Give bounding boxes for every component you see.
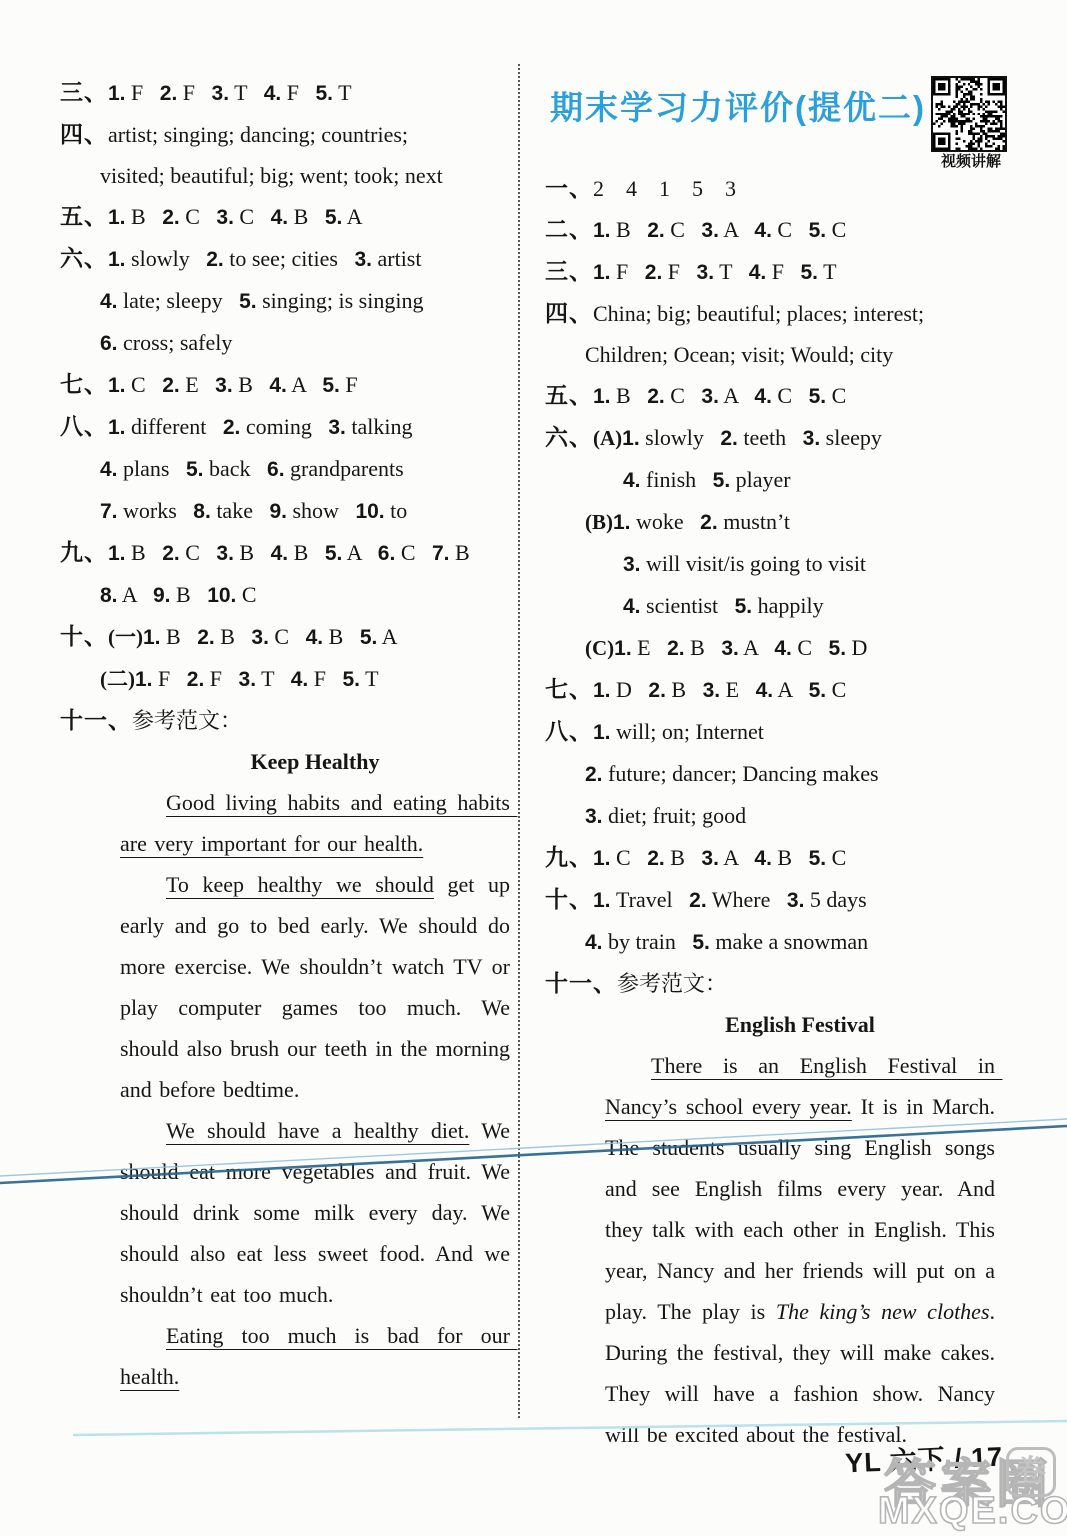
- answer-line: 九、1. C 2. B 3. A 4. B 5. C: [545, 837, 1011, 879]
- text-segment: F: [126, 80, 160, 105]
- text-segment: 3.: [216, 542, 234, 565]
- text-segment: 4.: [754, 385, 772, 408]
- text-segment: player: [730, 467, 790, 492]
- text-segment: 5.: [239, 290, 257, 313]
- answer-line: 6. cross; safely: [60, 322, 512, 364]
- text-segment: 3.: [239, 668, 257, 691]
- text-segment: (一): [108, 625, 143, 649]
- answer-line: Children; Ocean; visit; Would; city: [545, 334, 1011, 375]
- column-divider: [518, 64, 520, 1418]
- text-segment: B: [288, 204, 325, 229]
- answer-line: 六、1. slowly 2. to see; cities 3. artist: [60, 238, 512, 280]
- text-segment: 2.: [187, 668, 205, 691]
- right-answer-column: 一、2 4 1 5 3二、1. B 2. C 3. A 4. C 5. C三、1…: [545, 168, 1011, 1455]
- text-segment: coming: [240, 414, 328, 439]
- text-segment: 1.: [108, 248, 126, 271]
- text-segment: 十、: [545, 886, 593, 912]
- text-segment: B: [288, 540, 325, 565]
- text-segment: D: [846, 635, 867, 660]
- text-segment: late; sleepy: [118, 288, 240, 313]
- text-segment: 3.: [354, 248, 372, 271]
- text-segment: 4.: [271, 206, 289, 229]
- text-segment: 参考范文：: [132, 708, 242, 733]
- text-segment: 2.: [647, 219, 665, 242]
- text-segment: 五、: [545, 382, 593, 408]
- answer-line: 十、1. Travel 2. Where 3. 5 days: [545, 879, 1011, 921]
- text-segment: 三、: [545, 258, 593, 284]
- text-segment: 3.: [703, 679, 721, 702]
- text-segment: 2.: [647, 847, 665, 870]
- answer-key-page: 期末学习力评价(提优二) 视频讲解 三、1. F 2. F 3. T 4. F …: [0, 0, 1067, 1536]
- text-segment: Where: [707, 887, 787, 912]
- essay-paragraph: Eating too much is bad for our health.: [120, 1315, 510, 1397]
- essay-paragraph: To keep healthy we should get up early a…: [120, 864, 510, 1110]
- text-segment: 5.: [809, 679, 827, 702]
- text-segment: 3.: [585, 805, 603, 828]
- text-segment: 1.: [593, 219, 611, 242]
- text-segment: take: [211, 498, 270, 523]
- text-segment: 5.: [829, 637, 847, 660]
- text-segment: 4.: [271, 542, 289, 565]
- qr-code-icon: [931, 76, 1007, 152]
- text-segment: It is in March. The students usually sin…: [605, 1094, 1003, 1324]
- text-segment: 一、: [545, 175, 593, 201]
- text-segment: F: [177, 80, 211, 105]
- text-segment: A: [342, 540, 377, 565]
- text-segment: 5.: [325, 542, 343, 565]
- text-segment: 2.: [160, 82, 178, 105]
- text-segment: (C): [585, 636, 614, 660]
- text-segment: 5.: [186, 458, 204, 481]
- text-segment: B: [234, 540, 271, 565]
- text-segment: 4.: [269, 374, 287, 397]
- text-segment: C: [180, 540, 217, 565]
- text-segment: 3.: [787, 889, 805, 912]
- text-segment: 2.: [667, 637, 685, 660]
- text-segment: 4.: [623, 595, 641, 618]
- text-segment: future; dancer; Dancing makes: [603, 761, 879, 786]
- text-segment: woke: [631, 509, 701, 534]
- text-segment: Children; Ocean; visit; Would; city: [585, 342, 893, 367]
- text-segment: cross; safely: [118, 330, 233, 355]
- text-segment: We should have a healthy diet.: [166, 1118, 469, 1143]
- text-segment: 5.: [735, 595, 753, 618]
- text-segment: slowly: [640, 425, 721, 450]
- answer-line: 二、1. B 2. C 3. A 4. C 5. C: [545, 209, 1011, 251]
- text-segment: China; big; beautiful; places; interest;: [593, 301, 924, 326]
- text-segment: 5.: [342, 668, 360, 691]
- text-segment: A: [719, 217, 754, 242]
- text-segment: F: [281, 80, 315, 105]
- text-segment: make a snowman: [710, 929, 868, 954]
- answer-line: 十一、参考范文：: [545, 963, 1011, 1004]
- text-segment: 1.: [108, 206, 126, 229]
- text-segment: 六、: [545, 424, 593, 450]
- text-segment: C: [772, 383, 809, 408]
- text-segment: (二): [100, 667, 135, 691]
- text-segment: 参考范文：: [617, 971, 727, 996]
- text-segment: 3.: [701, 847, 719, 870]
- section-title: 期末学习力评价(提优二): [545, 76, 931, 140]
- text-segment: diet; fruit; good: [603, 803, 747, 828]
- left-answer-column: 三、1. F 2. F 3. T 4. F 5. T四、artist; sing…: [60, 72, 512, 1397]
- text-segment: visited; beautiful; big; went; took; nex…: [100, 163, 443, 188]
- text-segment: 四、: [60, 121, 108, 147]
- text-segment: F: [308, 666, 342, 691]
- text-segment: 三、: [60, 79, 108, 105]
- text-segment: 3.: [701, 219, 719, 242]
- text-segment: A: [739, 635, 774, 660]
- text-segment: C: [126, 372, 163, 397]
- text-segment: 1.: [593, 889, 611, 912]
- text-segment: A: [287, 372, 322, 397]
- text-segment: We should eat more vegetables and fruit.…: [120, 1118, 518, 1307]
- text-segment: D: [611, 677, 649, 702]
- text-segment: to: [385, 498, 408, 523]
- text-segment: A: [377, 624, 397, 649]
- answer-line: 七、1. D 2. B 3. E 4. A 5. C: [545, 669, 1011, 711]
- answer-line: 8. A 9. B 10. C: [60, 574, 512, 616]
- answer-line: 八、1. will; on; Internet: [545, 711, 1011, 753]
- text-segment: 3.: [623, 553, 641, 576]
- text-segment: F: [204, 666, 238, 691]
- answer-line: 4. finish 5. player: [545, 459, 1011, 501]
- text-segment: 六、: [60, 245, 108, 271]
- text-segment: E: [632, 635, 667, 660]
- text-segment: 2.: [223, 416, 241, 439]
- text-segment: 2.: [700, 511, 718, 534]
- text-segment: 3.: [216, 206, 234, 229]
- text-segment: 二、: [545, 216, 593, 242]
- text-segment: 2.: [162, 542, 180, 565]
- text-segment: by train: [603, 929, 693, 954]
- text-segment: 4.: [749, 261, 767, 284]
- text-segment: F: [611, 259, 645, 284]
- text-segment: 10.: [355, 500, 384, 523]
- text-segment: 7.: [100, 500, 118, 523]
- essay-title: English Festival: [605, 1004, 995, 1045]
- watermark-site: MXQE.COM: [878, 1490, 1067, 1533]
- text-segment: B: [611, 383, 648, 408]
- answer-line: 4. plans 5. back 6. grandparents: [60, 448, 512, 490]
- text-segment: talking: [346, 414, 413, 439]
- essay-paragraph: We should have a healthy diet. We should…: [120, 1110, 510, 1315]
- text-segment: happily: [752, 593, 824, 618]
- text-segment: To keep healthy we should: [166, 872, 434, 897]
- text-segment: will visit/is going to visit: [641, 551, 867, 576]
- text-segment: B: [685, 635, 722, 660]
- text-segment: T: [333, 80, 352, 105]
- text-segment: 七、: [60, 371, 108, 397]
- text-segment: grandparents: [285, 456, 404, 481]
- answer-line: 7. works 8. take 9. show 10. to: [60, 490, 512, 532]
- text-segment: (A): [593, 426, 622, 450]
- text-segment: 十一、: [545, 970, 617, 996]
- text-segment: 五、: [60, 203, 108, 229]
- text-segment: slowly: [126, 246, 207, 271]
- essay-title: Keep Healthy: [120, 741, 510, 782]
- answer-line: visited; beautiful; big; went; took; nex…: [60, 155, 512, 196]
- text-segment: 4.: [306, 626, 324, 649]
- text-segment: 5.: [322, 374, 340, 397]
- text-segment: B: [215, 624, 252, 649]
- text-segment: C: [611, 845, 648, 870]
- text-segment: 1.: [108, 542, 126, 565]
- text-segment: 5.: [809, 219, 827, 242]
- text-segment: T: [360, 666, 379, 691]
- text-segment: The king’s new clothes: [776, 1299, 990, 1324]
- text-segment: artist; singing; dancing; countries;: [108, 122, 408, 147]
- text-segment: different: [126, 414, 223, 439]
- text-segment: 2.: [648, 679, 666, 702]
- essay-paragraph: There is an English Festival in Nancy’s …: [605, 1045, 995, 1455]
- text-segment: 5.: [360, 626, 378, 649]
- text-segment: 9.: [269, 500, 287, 523]
- text-segment: Eating too much is bad for our health.: [120, 1323, 518, 1389]
- text-segment: 2.: [162, 374, 180, 397]
- text-segment: 八、: [60, 413, 108, 439]
- answer-line: 七、1. C 2. E 3. B 4. A 5. F: [60, 364, 512, 406]
- text-segment: B: [666, 677, 703, 702]
- text-segment: 2 4 1 5 3: [593, 176, 736, 201]
- text-segment: (B): [585, 510, 613, 534]
- answer-line: 十、(一)1. B 2. B 3. C 4. B 5. A: [60, 616, 512, 658]
- text-segment: C: [180, 204, 217, 229]
- text-segment: 8.: [193, 500, 211, 523]
- text-segment: 4.: [100, 290, 118, 313]
- text-segment: 4.: [623, 469, 641, 492]
- text-segment: C: [826, 383, 846, 408]
- text-segment: 十一、: [60, 707, 132, 733]
- text-segment: 6.: [378, 542, 396, 565]
- text-segment: 4.: [585, 931, 603, 954]
- text-segment: 1.: [135, 668, 153, 691]
- text-segment: 7.: [432, 542, 450, 565]
- text-segment: Travel: [611, 887, 690, 912]
- text-segment: 2.: [197, 626, 215, 649]
- text-segment: 1.: [593, 679, 611, 702]
- text-segment: 5 days: [804, 887, 866, 912]
- text-segment: T: [818, 259, 837, 284]
- text-segment: 3.: [701, 385, 719, 408]
- answer-line: 四、artist; singing; dancing; countries;: [60, 114, 512, 155]
- text-segment: C: [234, 204, 271, 229]
- text-segment: 5.: [809, 847, 827, 870]
- text-segment: finish: [641, 467, 713, 492]
- qr-block: 视频讲解: [931, 76, 1011, 172]
- text-segment: plans: [118, 456, 186, 481]
- text-segment: 1.: [613, 511, 631, 534]
- text-segment: 八、: [545, 718, 593, 744]
- text-segment: 1.: [622, 427, 640, 450]
- text-segment: C: [772, 217, 809, 242]
- answer-line: 3. diet; fruit; good: [545, 795, 1011, 837]
- text-segment: B: [611, 217, 648, 242]
- text-segment: 3.: [215, 374, 233, 397]
- answer-line: 2. future; dancer; Dancing makes: [545, 753, 1011, 795]
- text-segment: show: [287, 498, 355, 523]
- text-segment: 3.: [212, 82, 230, 105]
- text-segment: B: [171, 582, 208, 607]
- text-segment: 3.: [803, 427, 821, 450]
- text-segment: Good living habits and eating habits are…: [120, 790, 518, 856]
- text-segment: 9.: [153, 584, 171, 607]
- text-segment: 1.: [593, 261, 611, 284]
- text-segment: back: [203, 456, 267, 481]
- text-segment: 6.: [267, 458, 285, 481]
- text-segment: 1.: [108, 374, 126, 397]
- text-segment: 5.: [325, 206, 343, 229]
- text-segment: 1.: [614, 637, 632, 660]
- text-segment: C: [665, 217, 702, 242]
- text-segment: B: [126, 540, 163, 565]
- text-segment: C: [236, 582, 256, 607]
- text-segment: 2.: [162, 206, 180, 229]
- text-segment: 1.: [593, 847, 611, 870]
- text-segment: B: [126, 204, 163, 229]
- text-segment: C: [395, 540, 432, 565]
- text-segment: A: [773, 677, 808, 702]
- section-header: 期末学习力评价(提优二) 视频讲解: [545, 76, 1011, 172]
- answer-line: 4. scientist 5. happily: [545, 585, 1011, 627]
- text-segment: 1.: [108, 82, 126, 105]
- text-segment: B: [161, 624, 198, 649]
- text-segment: 5.: [315, 82, 333, 105]
- text-segment: singing; is singing: [257, 288, 424, 313]
- text-segment: 4.: [756, 679, 774, 702]
- text-segment: B: [665, 845, 702, 870]
- text-segment: 5.: [800, 261, 818, 284]
- text-segment: T: [229, 80, 264, 105]
- answer-line: 三、1. F 2. F 3. T 4. F 5. T: [545, 251, 1011, 293]
- text-segment: 四、: [545, 300, 593, 326]
- text-segment: E: [180, 372, 215, 397]
- answer-line: 4. late; sleepy 5. singing; is singing: [60, 280, 512, 322]
- text-segment: 1.: [108, 416, 126, 439]
- answer-line: 三、1. F 2. F 3. T 4. F 5. T: [60, 72, 512, 114]
- text-segment: teeth: [738, 425, 803, 450]
- text-segment: 九、: [545, 844, 593, 870]
- answer-line: (二)1. F 2. F 3. T 4. F 5. T: [60, 658, 512, 700]
- text-segment: 2.: [206, 248, 224, 271]
- answer-line: (C)1. E 2. B 3. A 4. C 5. D: [545, 627, 1011, 669]
- text-segment: C: [665, 383, 702, 408]
- text-segment: A: [719, 845, 754, 870]
- text-segment: 5.: [713, 469, 731, 492]
- answer-line: 十一、参考范文：: [60, 700, 512, 741]
- text-segment: F: [662, 259, 696, 284]
- text-segment: B: [233, 372, 270, 397]
- text-segment: works: [118, 498, 194, 523]
- answer-line: 四、China; big; beautiful; places; interes…: [545, 293, 1011, 334]
- text-segment: F: [340, 372, 358, 397]
- text-segment: T: [256, 666, 291, 691]
- text-segment: 4.: [754, 219, 772, 242]
- text-segment: 4.: [754, 847, 772, 870]
- text-segment: C: [826, 677, 846, 702]
- text-segment: sleepy: [820, 425, 882, 450]
- text-segment: C: [826, 217, 846, 242]
- answer-line: 六、(A)1. slowly 2. teeth 3. sleepy: [545, 417, 1011, 459]
- text-segment: 3.: [721, 637, 739, 660]
- answer-line: 八、1. different 2. coming 3. talking: [60, 406, 512, 448]
- text-segment: 1.: [143, 626, 161, 649]
- text-segment: C: [269, 624, 306, 649]
- text-segment: 3.: [328, 416, 346, 439]
- text-segment: 2.: [585, 763, 603, 786]
- answer-line: 九、1. B 2. C 3. B 4. B 5. A 6. C 7. B: [60, 532, 512, 574]
- text-segment: 6.: [100, 332, 118, 355]
- text-segment: 5.: [692, 931, 710, 954]
- text-segment: C: [792, 635, 829, 660]
- text-segment: B: [772, 845, 809, 870]
- text-segment: 3.: [697, 261, 715, 284]
- text-segment: to see; cities: [224, 246, 355, 271]
- text-segment: 4.: [100, 458, 118, 481]
- text-segment: E: [720, 677, 755, 702]
- text-segment: 4.: [264, 82, 282, 105]
- text-segment: artist: [372, 246, 422, 271]
- text-segment: 2.: [689, 889, 707, 912]
- text-segment: 10.: [207, 584, 236, 607]
- text-segment: 九、: [60, 539, 108, 565]
- text-segment: 1.: [593, 385, 611, 408]
- text-segment: 3.: [251, 626, 269, 649]
- text-segment: A: [118, 582, 153, 607]
- answer-line: 五、1. B 2. C 3. C 4. B 5. A: [60, 196, 512, 238]
- text-segment: will; on; Internet: [611, 719, 764, 744]
- text-segment: T: [714, 259, 749, 284]
- text-segment: scientist: [641, 593, 735, 618]
- text-segment: 七、: [545, 676, 593, 702]
- text-segment: C: [826, 845, 846, 870]
- text-segment: A: [342, 204, 362, 229]
- text-segment: get up early and go to bed early. We sho…: [120, 872, 518, 1102]
- text-segment: mustn’t: [718, 509, 790, 534]
- text-segment: 1.: [593, 721, 611, 744]
- text-segment: F: [766, 259, 800, 284]
- answer-line: 4. by train 5. make a snowman: [545, 921, 1011, 963]
- text-segment: 8.: [100, 584, 118, 607]
- text-segment: 2.: [645, 261, 663, 284]
- answer-line: (B)1. woke 2. mustn’t: [545, 501, 1011, 543]
- text-segment: A: [719, 383, 754, 408]
- text-segment: F: [153, 666, 187, 691]
- text-segment: B: [450, 540, 470, 565]
- answer-line: 五、1. B 2. C 3. A 4. C 5. C: [545, 375, 1011, 417]
- answer-line: 3. will visit/is going to visit: [545, 543, 1011, 585]
- text-segment: 十、: [60, 623, 108, 649]
- text-segment: 2.: [647, 385, 665, 408]
- answer-line: 一、2 4 1 5 3: [545, 168, 1011, 209]
- essay-paragraph: Good living habits and eating habits are…: [120, 782, 510, 864]
- text-segment: 4.: [774, 637, 792, 660]
- text-segment: 4.: [291, 668, 309, 691]
- text-segment: 2.: [720, 427, 738, 450]
- text-segment: B: [323, 624, 360, 649]
- text-segment: 5.: [809, 385, 827, 408]
